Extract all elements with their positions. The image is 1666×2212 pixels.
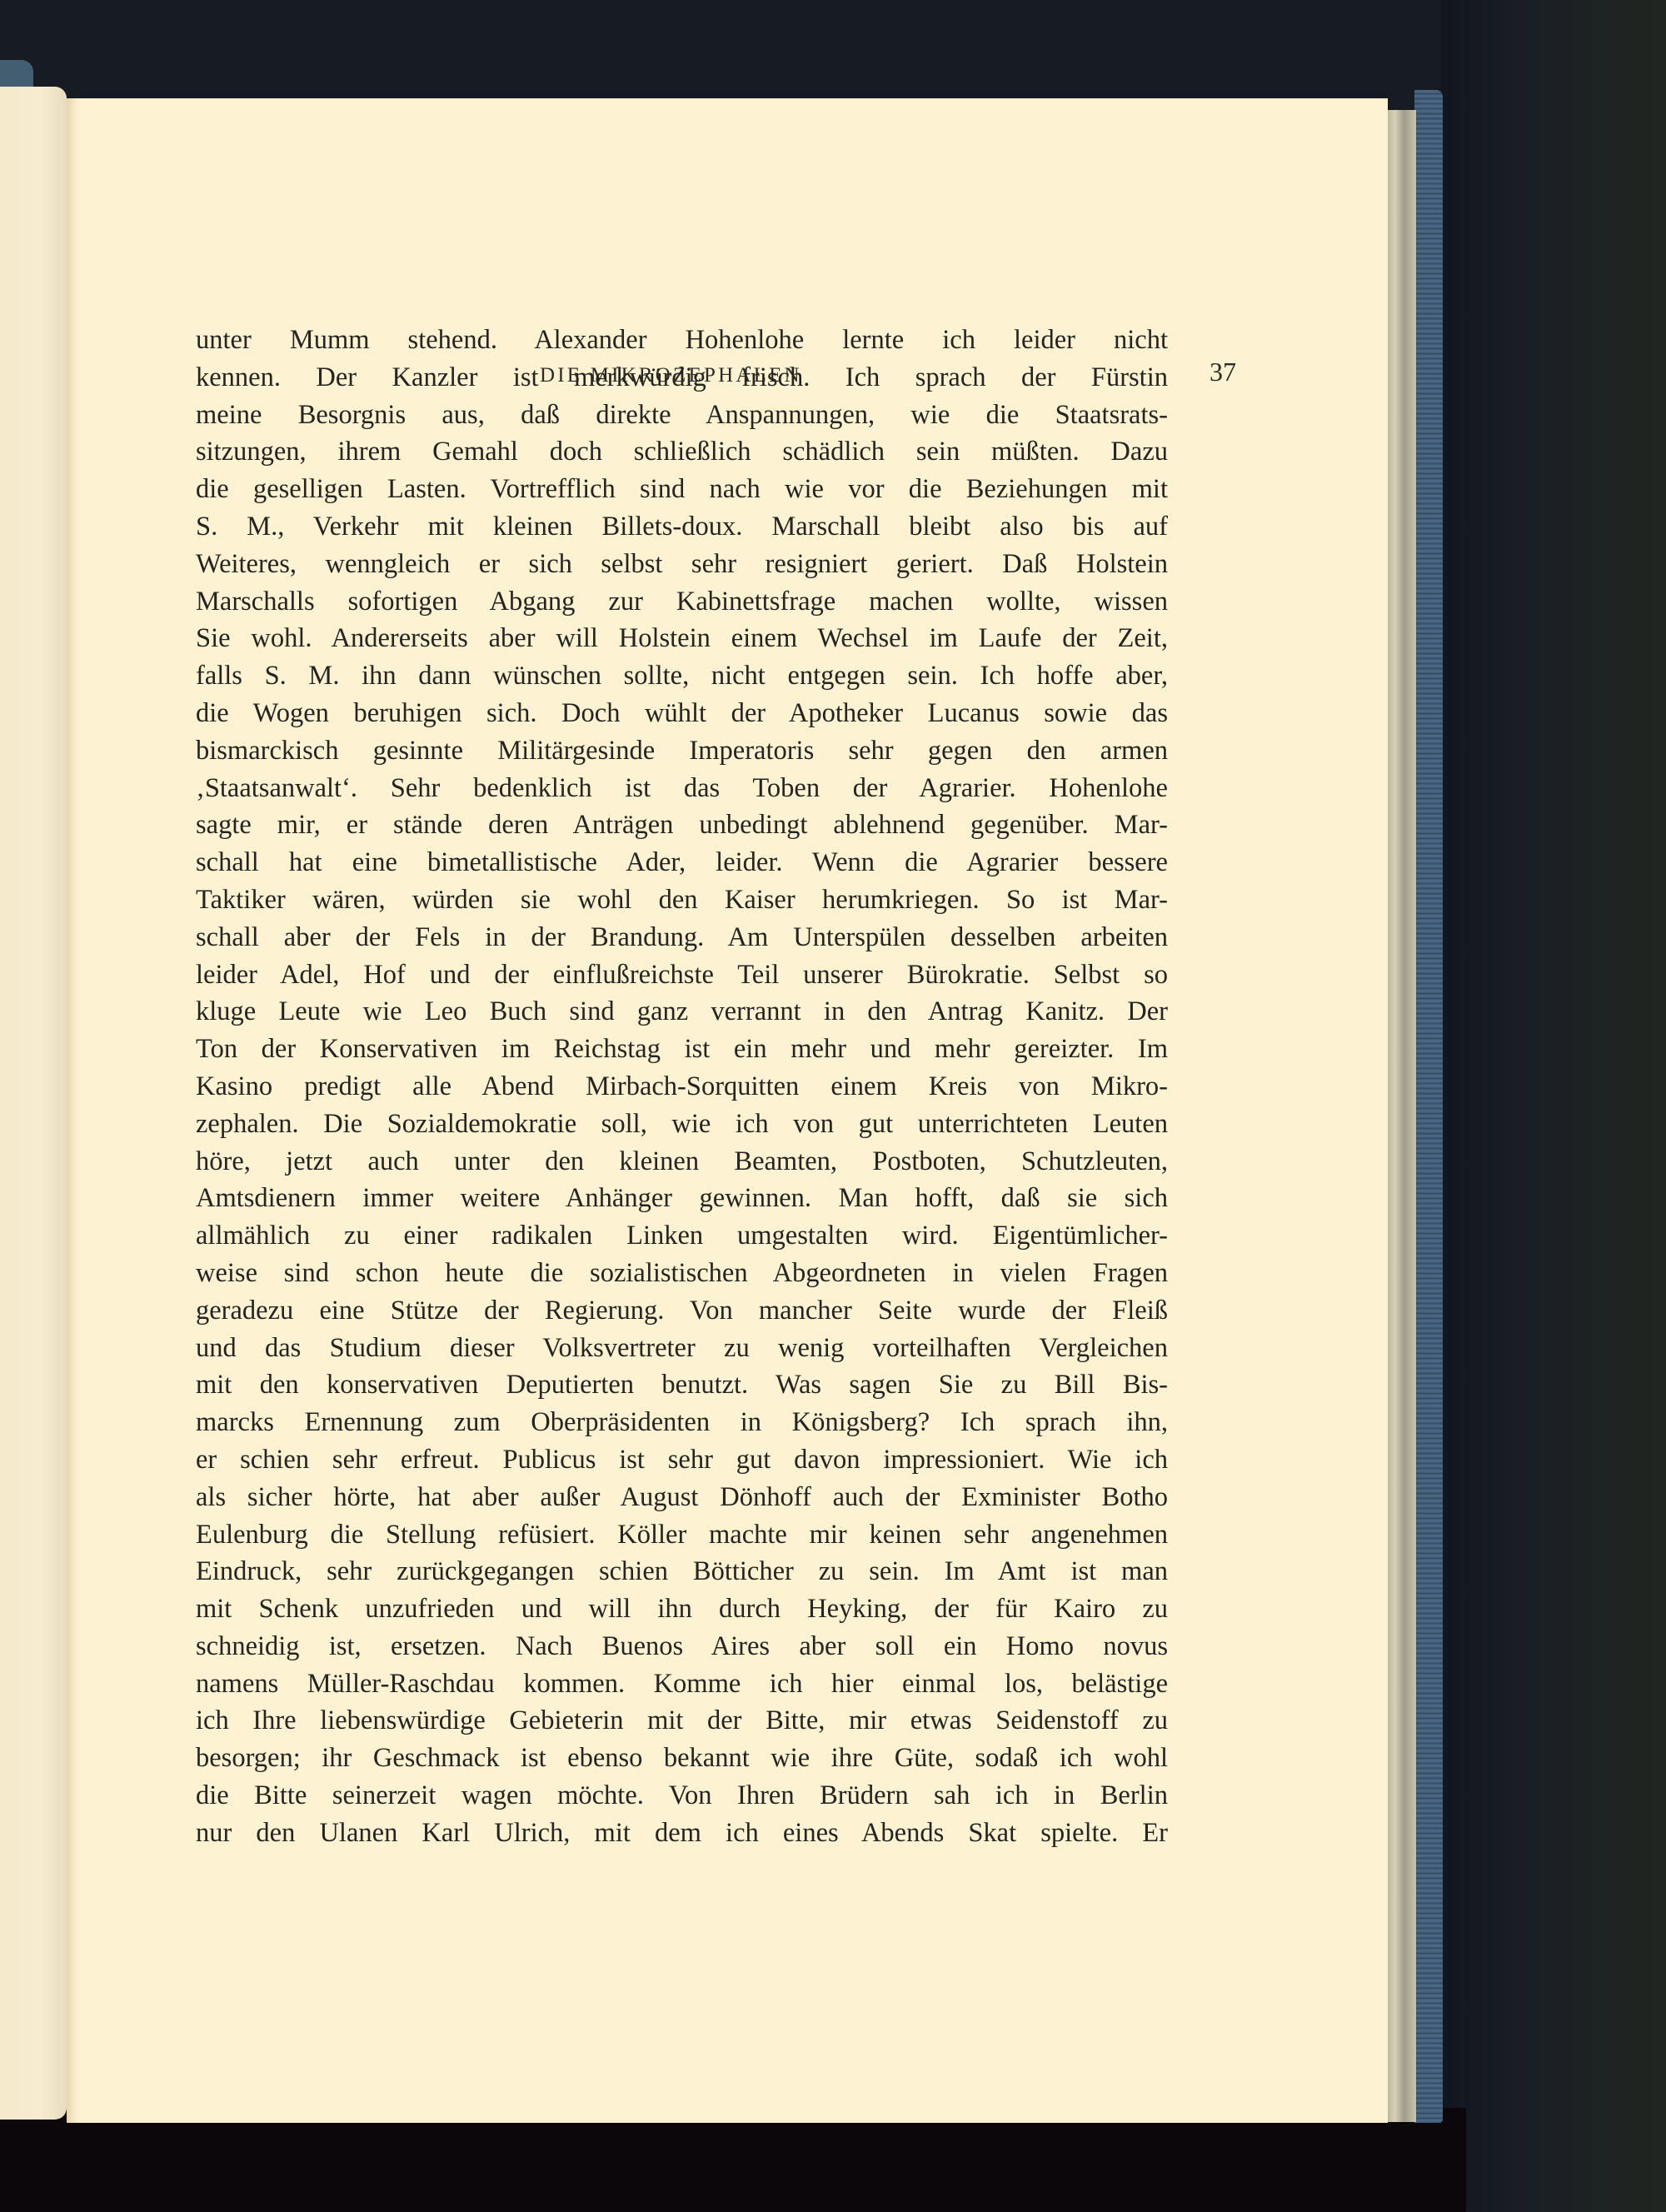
text-line: als sicher hörte, hat aber außer August … (196, 1479, 1168, 1516)
facing-page-edge (0, 87, 67, 2120)
text-line: Ton der Konservativen im Reichstag ist e… (196, 1031, 1168, 1068)
cover-fragment (0, 60, 33, 87)
text-line: schall hat eine bimetallistische Ader, l… (196, 844, 1168, 881)
text-line: unter Mumm stehend. Alexander Hohenlohe … (196, 322, 1168, 359)
text-line: bismarckisch gesinnte Militärgesinde Imp… (196, 732, 1168, 770)
book-page: DIE MIKROZEPHALEN 37 unter Mumm stehend.… (67, 98, 1388, 2123)
text-line: kennen. Der Kanzler ist merkwürdig frisc… (196, 359, 1168, 397)
text-line: geradezu eine Stütze der Regierung. Von … (196, 1292, 1168, 1330)
text-line: kluge Leute wie Leo Buch sind ganz verra… (196, 993, 1168, 1031)
text-line: Taktiker wären, würden sie wohl den Kais… (196, 881, 1168, 919)
text-line: sagte mir, er stände deren Anträgen unbe… (196, 806, 1168, 844)
background-bottom (0, 2108, 1466, 2212)
text-line: die geselligen Lasten. Vortrefflich sind… (196, 471, 1168, 508)
text-line: Eulenburg die Stellung refüsiert. Köller… (196, 1516, 1168, 1554)
text-line: Sie wohl. Andererseits aber will Holstei… (196, 620, 1168, 657)
text-line: falls S. M. ihn dann wünschen sollte, ni… (196, 657, 1168, 695)
text-line: schall aber der Fels in der Brandung. Am… (196, 919, 1168, 956)
text-line: er schien sehr erfreut. Publicus ist seh… (196, 1441, 1168, 1479)
text-line: Weiteres, wenngleich er sich selbst sehr… (196, 546, 1168, 583)
text-line: allmählich zu einer radikalen Linken umg… (196, 1217, 1168, 1255)
text-line: marcks Ernennung zum Oberpräsidenten in … (196, 1404, 1168, 1441)
text-line: schneidig ist, ersetzen. Nach Buenos Air… (196, 1628, 1168, 1665)
text-line: und das Studium dieser Volksvertreter zu… (196, 1330, 1168, 1367)
text-line: die Wogen beruhigen sich. Doch wühlt der… (196, 695, 1168, 732)
text-line: sitzungen, ihrem Gemahl doch schließlich… (196, 433, 1168, 471)
text-line: namens Müller-Raschdau kommen. Komme ich… (196, 1665, 1168, 1703)
text-line: mit den konservativen Deputierten benutz… (196, 1366, 1168, 1404)
text-line: Eindruck, sehr zurückgegangen schien Böt… (196, 1553, 1168, 1590)
text-line: die Bitte seinerzeit wagen möchte. Von I… (196, 1777, 1168, 1815)
text-line: ‚Staatsanwalt‘. Sehr bedenklich ist das … (196, 770, 1168, 807)
book-cover-edge (1414, 90, 1443, 2123)
text-line: leider Adel, Hof und der einflußreichste… (196, 956, 1168, 994)
page-block-edge (1386, 110, 1416, 2122)
text-line: S. M., Verkehr mit kleinen Billets-doux.… (196, 508, 1168, 546)
text-line: Amtsdienern immer weitere Anhänger gewin… (196, 1180, 1168, 1217)
body-text: unter Mumm stehend. Alexander Hohenlohe … (196, 322, 1168, 1852)
page-number: 37 (1186, 357, 1236, 387)
text-line: weise sind schon heute die sozialistisch… (196, 1255, 1168, 1292)
text-line: meine Besorgnis aus, daß direkte Anspann… (196, 397, 1168, 434)
text-line: mit Schenk unzufrieden und will ihn durc… (196, 1590, 1168, 1628)
text-line: ich Ihre liebenswürdige Gebieterin mit d… (196, 1702, 1168, 1740)
text-line: besorgen; ihr Geschmack ist ebenso bekan… (196, 1740, 1168, 1777)
text-line: nur den Ulanen Karl Ulrich, mit dem ich … (196, 1815, 1168, 1852)
text-line: Kasino predigt alle Abend Mirbach-Sorqui… (196, 1068, 1168, 1106)
text-line: zephalen. Die Sozialdemokratie soll, wie… (196, 1106, 1168, 1143)
text-line: höre, jetzt auch unter den kleinen Beamt… (196, 1143, 1168, 1181)
text-line: Marschalls sofortigen Abgang zur Kabinet… (196, 583, 1168, 621)
background-right (1441, 0, 1666, 2212)
